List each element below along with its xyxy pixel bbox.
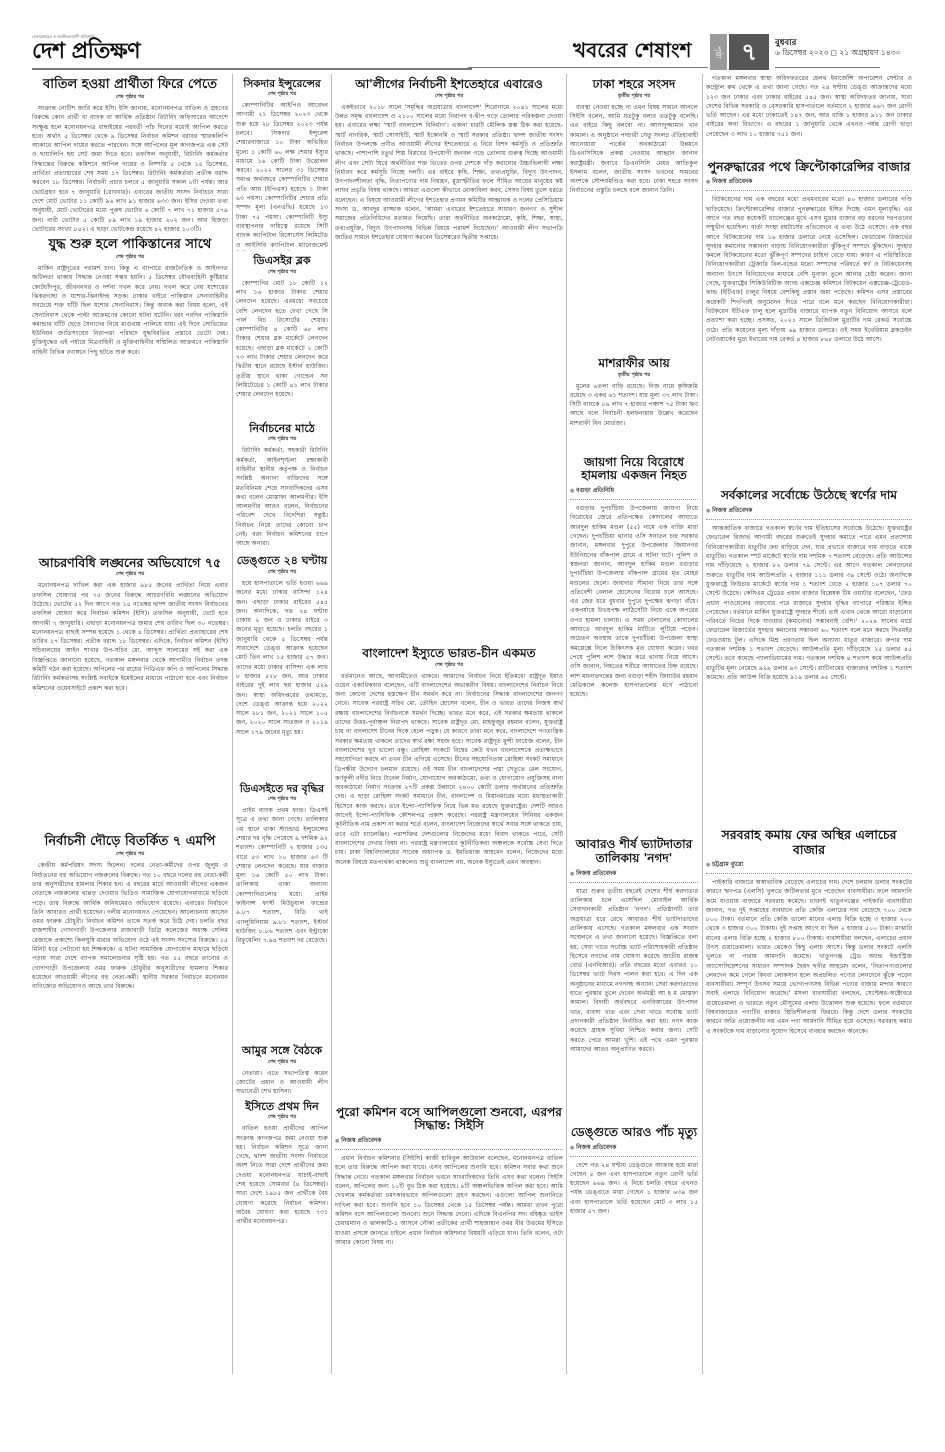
column-divider [566, 74, 567, 1374]
continued-label: শেষ পৃষ্ঠার পর [32, 571, 228, 579]
column-divider [702, 74, 703, 1374]
headline[interactable]: নির্বাচনের মাঠে [236, 423, 328, 436]
dateline: বুধবার ৬ ডিসেম্বর ২০২৩ ◻ ২১ অগ্রহায়ণ ১৪… [775, 38, 901, 58]
continued-label: শেষ পৃষ্ঠার পর [236, 1059, 328, 1067]
article-body: নেতারা। এতে সভাপতিত্ব করেন জোটের প্রধান … [236, 1069, 328, 1097]
logo-block: সেবারকারের ও জাতীয়তাবাদী প্রতিচ্ছবি দেশ… [32, 34, 140, 63]
headline[interactable]: সর্বকালের সর্বোচ্চে উঠেছে স্বর্ণের দাম [706, 489, 912, 503]
article-body: প্রাইম ব্যাংক প্রথম ফান্ড। ডিএসই সূত্রে … [236, 806, 328, 1041]
article-dse-dor[interactable]: ডিএসইতে দর বৃদ্ধির শেষ পৃষ্ঠার পর প্রাইম… [236, 783, 328, 1041]
dotted-divider [335, 1149, 563, 1150]
continued-label: শেষ পৃষ্ঠার পর [32, 94, 228, 102]
continued-label: শেষ পৃষ্ঠার পর [236, 796, 328, 804]
article-body: প্রধান নির্বাচন কমিশনার (সিইসি) কাজী হাব… [335, 1154, 563, 1247]
headline[interactable]: ডিএসইর ব্লক [236, 255, 328, 268]
article-mashrafi[interactable]: মাশরাফীর আয় তৃতীয় পৃষ্ঠার পর মুলের ৬তল… [570, 357, 698, 452]
headline[interactable]: আবারও শীর্ষ ভ্যাটদাতার তালিকায় 'নগদ' [570, 838, 698, 866]
headline[interactable]: ডেঙ্গুতে আরও পাঁচ মৃত্যু [570, 1126, 698, 1140]
article-juddho[interactable]: যুদ্ধ শুরু হলে পাকিস্তানের সাথে শেষ পৃষ্… [32, 238, 228, 552]
article-body: আন্তর্জাতিক বাজারে গতকাল স্বর্ণের দাম ইত… [706, 524, 912, 824]
article-sikdar[interactable]: সিকদার ইন্সুরেন্সের শেষ পৃষ্ঠার পর কোম্প… [236, 78, 328, 251]
continued-label: শেষ পৃষ্ঠার পর [32, 851, 228, 859]
article-crypto[interactable]: পুনরুদ্ধারের পথে ক্রিপ্টোকারেন্সির বাজার… [706, 160, 912, 485]
article-body: একইভাবে ২০১৮ সালে 'সমৃদ্ধির অগ্রযাত্রায়… [335, 103, 563, 643]
article-dengue-24[interactable]: ডেঙ্গুতে ২৪ ঘণ্টায় শেষ পৃষ্ঠার পর হয়ে … [236, 555, 328, 779]
dateline-underline [775, 67, 880, 68]
continued-label: শেষ পৃষ্ঠার পর [335, 93, 563, 101]
article-body: গতকাল মঙ্গলবার স্বাস্থ্য অধিদফতরের হেলথ … [706, 74, 912, 156]
article-body: কোম্পানিটির আইপিও আবেদন আগামী ২১ ডিসেম্ব… [236, 101, 328, 251]
article-body: কোম্পানির মোট ১৮ কোটি ১২ লাখ ১৬ হাজার টা… [236, 279, 328, 419]
headline[interactable]: পুরো কমিশন বসে আপিলগুলো শুনবো, এরপর সিদ্… [335, 1106, 563, 1134]
dotted-divider [570, 1156, 698, 1157]
headline[interactable]: সরবরাহ কমায় ফের অস্থির এলাচের বাজার [706, 828, 912, 857]
headline[interactable]: ঢাকা শহরে সংসদ [570, 78, 698, 92]
byline: নিজস্ব প্রতিবেদক [570, 1142, 698, 1153]
article-body: বগুড়ার দুপচাঁচিয়া উপজেলায় জায়গা নিয়… [570, 504, 698, 834]
article-nirbachoni-doure[interactable]: নির্বাচনী দৌড়ে বিতর্কিত ৭ এমপি শেষ পৃষ্… [32, 835, 228, 991]
headline[interactable]: যুদ্ধ শুরু হলে পাকিস্তানের সাথে [32, 238, 228, 253]
article-dhaka-sangsad[interactable]: ঢাকা শহরে সংসদ তৃতীয় পৃষ্ঠার পর ব্যবস্থ… [570, 78, 698, 353]
byline: নিজস্ব প্রতিবেদক [706, 176, 912, 187]
article-shirsho[interactable]: আবারও শীর্ষ ভ্যাটদাতার তালিকায় 'নগদ' নি… [570, 838, 698, 1122]
article-nirbachoner-mathe[interactable]: নির্বাচনের মাঠে শেষ পৃষ্ঠার পর রিটার্নিং… [236, 423, 328, 552]
article-body: যাত্রা শুরুর তৃতীয় বছরেই দেশের শীর্ষ কর… [570, 887, 698, 1122]
headline[interactable]: আ'লীগের নির্বাচনী ইশতেহারে এবারেও [335, 78, 563, 92]
dotted-divider [706, 873, 912, 874]
article-body: পাইকারি বাজারে অস্বাভাবিক বেড়েছে এলাচের… [706, 878, 912, 1036]
masthead-divider [32, 68, 472, 70]
article-body: মার্কিন রাষ্ট্রদূতের পরামর্শ চান। কিন্তু… [32, 264, 228, 552]
article-body: বাতিল হওয়া প্রার্থীদের আপিল সংক্রান্ত ক… [236, 1124, 328, 1226]
byline: নিজস্ব প্রতিবেদক [335, 1135, 563, 1146]
article-puro-commission[interactable]: পুরো কমিশন বসে আপিলগুলো শুনবো, এরপর সিদ্… [335, 1106, 563, 1248]
continued-label: তৃতীয় পৃষ্ঠার পর [570, 93, 698, 101]
article-batil[interactable]: বাতিল হওয়া প্রার্থীতা ফিরে পেতে শেষ পৃষ… [32, 78, 228, 234]
column-1: বাতিল হওয়া প্রার্থীতা ফিরে পেতে শেষ পৃষ… [32, 74, 228, 1374]
article-body: মনোনয়নপত্র দাখিল করা এক হাজার ৯৮৫ জনের … [32, 581, 228, 831]
section-title-underline [468, 67, 708, 68]
article-body: বর্তমানেও আছে, আগামীতেও থাকবে। আমাদের নি… [335, 672, 563, 1102]
headline[interactable]: নির্বাচনী দৌড়ে বিতর্কিত ৭ এমপি [32, 835, 228, 850]
byline: নিজস্ব প্রতিবেদক [706, 505, 912, 516]
article-body: কেন্দ্রীয় কর্মপরিষদ সদস্য ছিলেন। দলের ন… [32, 861, 228, 991]
headline[interactable]: জায়গা নিয়ে বিরোধে হামলায় একজন নিহত [570, 456, 698, 484]
headline[interactable]: ডেঙ্গুতে ২৪ ঘণ্টায় [236, 555, 328, 568]
article-body: বিটকয়েনের দাম এক বছরের মধ্যে প্রথমবারের… [706, 195, 912, 485]
continued-label: শেষ পৃষ্ঠার পর [236, 1114, 328, 1122]
article-jayga[interactable]: জায়গা নিয়ে বিরোধে হামলায় একজন নিহত বগ… [570, 456, 698, 835]
continued-label: শেষ পৃষ্ঠার পর [236, 569, 328, 577]
byline: নিজস্ব প্রতিবেদক [570, 868, 698, 879]
article-cardamom[interactable]: সরবরাহ কমায় ফের অস্থির এলাচের বাজার চট্… [706, 828, 912, 1036]
newspaper-logo[interactable]: দেশ প্রতিক্ষণ [32, 39, 140, 63]
article-body: ব্যবস্থা নেওয়া হচ্ছে না এমন বিষয় সামনে… [570, 103, 698, 353]
headline[interactable]: বাংলাদেশ ইস্যুতে ভারত-চীন একমত [335, 647, 563, 661]
headline[interactable]: ইসিতে প্রথম দিন [236, 1101, 328, 1114]
article-body: হয়ে হাসপাতালে ভর্তি হওয়া ৬৬৯ জনের মধ্য… [236, 579, 328, 779]
column-4: ঢাকা শহরে সংসদ তৃতীয় পৃষ্ঠার পর ব্যবস্থ… [570, 74, 698, 1374]
dotted-divider [570, 882, 698, 883]
headline[interactable]: বাতিল হওয়া প্রার্থীতা ফিরে পেতে [32, 78, 228, 93]
column-5: গতকাল মঙ্গলবার স্বাস্থ্য অধিদফতরের হেলথ … [706, 74, 912, 1374]
article-dengue-top[interactable]: গতকাল মঙ্গলবার স্বাস্থ্য অধিদফতরের হেলথ … [706, 74, 912, 156]
continued-label: শেষ পৃষ্ঠার পর [32, 254, 228, 262]
article-body: মুলের ৬তলা বাড়ি রয়েছে। নিজ নামে কৃষিজম… [570, 382, 698, 452]
column-divider [331, 74, 332, 1374]
section-title: খবরের শেষাংশ [573, 40, 692, 60]
article-bd-issue[interactable]: বাংলাদেশ ইস্যুতে ভারত-চীন একমত শেষ পৃষ্ঠ… [335, 647, 563, 1102]
dotted-divider [706, 190, 912, 191]
headline[interactable]: আচরণবিধি লঙ্ঘনের অভিযোগে ৭৫ [32, 556, 228, 570]
weekday: বুধবার [775, 38, 901, 48]
headline[interactable]: ডিএসইতে দর বৃদ্ধির [236, 783, 328, 795]
dotted-divider [570, 499, 698, 500]
headline[interactable]: সিকদার ইন্সুরেন্সের [236, 78, 328, 90]
headline[interactable]: পুনরুদ্ধারের পথে ক্রিপ্টোকারেন্সির বাজার [706, 160, 912, 174]
headline[interactable]: আমুর সঙ্গে বৈঠকে [236, 1045, 328, 1058]
article-body: রিটার্নিং কর্মকর্তা, সহকারী রিটার্নিং কর… [236, 446, 328, 551]
column-divider [232, 74, 233, 1374]
article-gold[interactable]: সর্বকালের সর্বোচ্চে উঠেছে স্বর্ণের দাম ন… [706, 489, 912, 824]
column-2: সিকদার ইন্সুরেন্সের শেষ পৃষ্ঠার পর কোম্প… [236, 74, 328, 1374]
article-achoron[interactable]: আচরণবিধি লঙ্ঘনের অভিযোগে ৭৫ শেষ পৃষ্ঠার … [32, 556, 228, 831]
continued-label: শেষ পৃষ্ঠার পর [236, 436, 328, 444]
article-ec-first-day[interactable]: ইসিতে প্রথম দিন শেষ পৃষ্ঠার পর বাতিল হওয… [236, 1101, 328, 1227]
date-text: ৬ ডিসেম্বর ২০২৩ ◻ ২১ অগ্রহায়ণ ১৪৩০ [775, 48, 901, 58]
article-body: দেশে গত ২৪ ঘণ্টায় ডেঙ্গুতে আক্রান্ত হয়… [570, 1161, 698, 1217]
article-awami-manifesto[interactable]: আ'লীগের নির্বাচনী ইশতেহারে এবারেও শেষ পৃ… [335, 78, 563, 643]
column-3: আ'লীগের নির্বাচনী ইশতেহারে এবারেও শেষ পৃ… [335, 74, 563, 1374]
article-dengue-panch[interactable]: ডেঙ্গুতে আরও পাঁচ মৃত্যু নিজস্ব প্রতিবেদ… [570, 1126, 698, 1217]
article-body: সংক্রান্ত নোটিশ জারি করে ইসি। ইসি জানায়… [32, 104, 228, 234]
byline: বগুড়া প্রতিনিধি [570, 485, 698, 496]
continued-label: শেষ পৃষ্ঠার পর [236, 91, 328, 99]
continued-label: শেষ পৃষ্ঠার পর [335, 662, 563, 670]
continued-label: শেষ পৃষ্ঠার পর [236, 269, 328, 277]
page-label: পৃষ্ঠা [710, 34, 727, 70]
article-amur[interactable]: আমুর সঙ্গে বৈঠকে শেষ পৃষ্ঠার পর নেতারা। … [236, 1045, 328, 1097]
continued-label: তৃতীয় পৃষ্ঠার পর [570, 372, 698, 380]
byline: চট্টগ্রাম ব্যুরো [706, 859, 912, 870]
page-number: ৭ [729, 34, 769, 70]
article-dse-block[interactable]: ডিএসইর ব্লক শেষ পৃষ্ঠার পর কোম্পানির মোট… [236, 255, 328, 419]
headline[interactable]: মাশরাফীর আয় [570, 357, 698, 371]
dotted-divider [706, 519, 912, 520]
